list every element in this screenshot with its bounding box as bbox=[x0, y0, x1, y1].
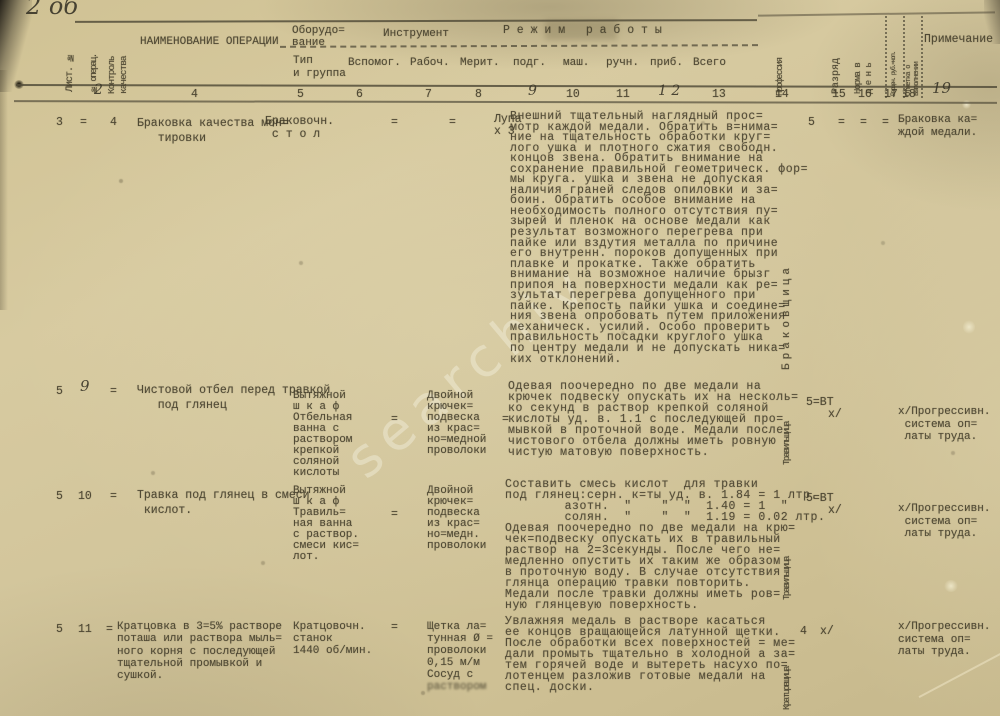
cell-auxiliary: = bbox=[391, 116, 398, 129]
cell-operation-name: Травка под глянец в смеси кислот. bbox=[137, 488, 310, 518]
cell-description: Увлажняя медаль в растворе касаться ее к… bbox=[505, 616, 796, 693]
column-number-4: 4 bbox=[191, 88, 198, 101]
cell-rate: = bbox=[860, 116, 867, 129]
column-number-16: 16 bbox=[858, 88, 872, 101]
cell-equipment: Кратцовочн. станок 1440 об/мин. bbox=[293, 621, 372, 657]
cell-note: Браковка ка= ждой медали. bbox=[898, 114, 977, 139]
cell-auxiliary: = bbox=[391, 508, 398, 521]
cell-tool: Двойной крючек= подвеска из крас= но=мед… bbox=[427, 391, 486, 457]
column-number-5: 5 bbox=[297, 88, 304, 101]
group-header-work-regime: Р е ж и м р а б о т ы bbox=[503, 24, 662, 37]
column-number-8: 8 bbox=[475, 88, 482, 101]
cell-qc: = bbox=[110, 490, 117, 503]
column-number-19: 19 bbox=[932, 82, 951, 95]
cell-sheet: 5 bbox=[56, 490, 63, 503]
column-number-6: 6 bbox=[356, 88, 363, 101]
cell-grade-footnote: х/ bbox=[828, 504, 842, 517]
document-page: searchiv 2 об Лист. № № операц. Контроль… bbox=[0, 0, 1000, 716]
cell-grade: 4 bbox=[800, 625, 807, 638]
column-number-14: 14 bbox=[775, 88, 789, 101]
column-header-quality-control: Контроль качества bbox=[106, 28, 130, 94]
group-header-equipment: Оборудо= вание bbox=[292, 25, 345, 49]
cell-profession: Травильщица bbox=[781, 520, 794, 600]
cell-operation: 11 bbox=[78, 623, 92, 636]
cell-profession: Кратцовщица bbox=[781, 630, 794, 710]
cell-operation: 10 bbox=[78, 490, 92, 503]
column-number-10: 10 bbox=[566, 88, 580, 101]
column-header-measuring: Мерит. bbox=[460, 57, 500, 70]
header-top-rule bbox=[75, 19, 757, 23]
cell-qc: 4 bbox=[110, 116, 117, 129]
column-number-12: 1 2 bbox=[658, 85, 680, 98]
column-number-18: 18 bbox=[902, 88, 916, 101]
column-header-sheet: Лист. № bbox=[64, 30, 77, 92]
paper-speckles bbox=[0, 0, 2, 2]
cell-description: Составить смесь кислот для травки под гл… bbox=[505, 479, 825, 611]
page-number-handwritten: 2 об bbox=[26, 0, 78, 13]
column-number-7: 7 bbox=[425, 88, 432, 101]
paper-damage-spot bbox=[963, 320, 975, 334]
column-number-15: 15 bbox=[832, 88, 846, 101]
cell-equipment: Браковочн. с т о л bbox=[265, 116, 334, 141]
column-header-grade: Разряд bbox=[830, 36, 843, 94]
group-header-instrument: Инструмент bbox=[383, 28, 449, 41]
column-header-prep-time: подг. bbox=[513, 57, 546, 70]
column-header-manual-time: ручн. bbox=[606, 57, 639, 70]
dotted-column-rule bbox=[921, 16, 923, 98]
cell-grade-footnote: х/ bbox=[828, 408, 842, 421]
column-number-17: 17 bbox=[884, 88, 898, 101]
cell-note: х/Прогрессивн. система оп= латы труда. bbox=[898, 503, 990, 541]
cell-operation: = bbox=[80, 116, 87, 129]
cell-tool: Двойной крючек= подвеска из крас= но=мед… bbox=[427, 486, 486, 552]
column-header-completion-mark: Отметка о выполнении bbox=[905, 18, 921, 96]
cell-tool: Щетка ла= тунная Ø = проволоки 0,15 м/м … bbox=[427, 621, 493, 681]
cell-description: Внешний тщательный наглядный прос= мотр … bbox=[510, 112, 808, 365]
header-main-rule bbox=[16, 84, 997, 88]
cell-working: = bbox=[449, 116, 456, 129]
column-header-auxiliary: Вспомог. bbox=[348, 57, 401, 70]
cell-sheet: 5 bbox=[56, 623, 63, 636]
column-header-operation-name: НАИМЕНОВАНИЕ ОПЕРАЦИИ bbox=[140, 36, 279, 49]
cell-operation: 9 bbox=[80, 380, 90, 393]
cell-note: х/Прогрессивн. система оп= латы труда. bbox=[898, 621, 990, 659]
column-number-2: 2 bbox=[94, 84, 103, 97]
column-header-profession: Профессия bbox=[774, 24, 787, 96]
column-header-note: Примечание bbox=[924, 33, 993, 46]
page-edge-shadow bbox=[0, 70, 8, 310]
cell-operation-name: Кратцовка в 3=5% растворе поташа или рас… bbox=[117, 621, 282, 682]
cell-grade-footnote: х/ bbox=[820, 625, 834, 638]
column-header-type-group: Тип и группа bbox=[293, 55, 346, 80]
cell-description: Одевая поочередно по две медали на крюче… bbox=[508, 381, 799, 458]
cell-qc: = bbox=[110, 385, 117, 398]
cell-profession: Травильщица bbox=[781, 385, 794, 465]
column-header-daily-norm: Норма в д е н ь bbox=[853, 34, 875, 94]
cell-profession: Браковщица bbox=[781, 212, 794, 370]
cell-auxiliary: = bbox=[391, 413, 398, 426]
cell-auxiliary: = bbox=[391, 621, 398, 634]
column-header-rate: Расцен. руб.=коп. bbox=[887, 18, 900, 96]
cell-note: х/Прогрессивн. система оп= латы труда. bbox=[898, 406, 990, 444]
cell-sheet: 3 bbox=[56, 116, 63, 129]
paper-damage-spot bbox=[944, 580, 958, 592]
cell-grade: 5 bbox=[808, 116, 815, 129]
column-header-working: Рабоч. bbox=[410, 57, 450, 70]
cell-qc: = bbox=[106, 623, 113, 636]
cell-norm: = bbox=[838, 116, 845, 129]
cell-tool-smudged-line: раствором bbox=[427, 681, 486, 694]
column-header-total: Всего bbox=[693, 57, 726, 70]
column-header-machine-time: маш. bbox=[563, 57, 589, 70]
cell-sheet: 5 bbox=[56, 385, 63, 398]
column-number-13: 13 bbox=[712, 88, 726, 101]
column-number-9: 9 bbox=[528, 85, 537, 98]
cell-equipment: Вытяжной ш к а ф Отбельная ванна с раств… bbox=[293, 391, 352, 479]
cell-equipment: Вытяжной ш к а ф Травиль= ная ванна с ра… bbox=[293, 486, 359, 563]
header-top-rule-right bbox=[758, 11, 995, 16]
cell-mark: = bbox=[882, 116, 889, 129]
header-dashed-rule bbox=[280, 44, 758, 48]
header-bottom-rule bbox=[14, 100, 997, 104]
column-header-approx-time: приб. bbox=[650, 57, 683, 70]
column-number-11: 11 bbox=[616, 88, 630, 101]
